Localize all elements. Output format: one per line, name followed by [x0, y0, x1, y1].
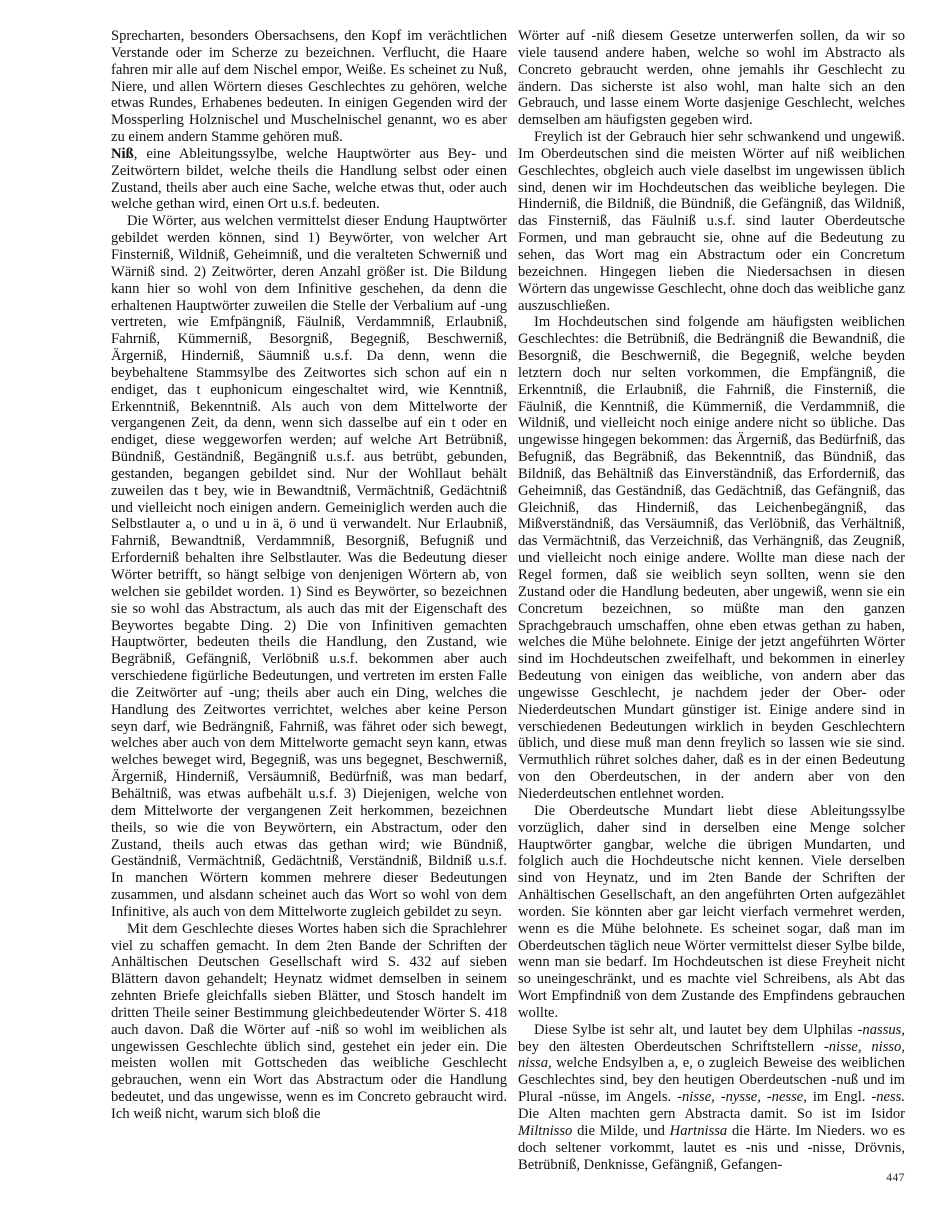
entry-headword: Niß: [111, 146, 134, 162]
text: Diese Sylbe ist sehr alt, und lautet bey…: [534, 1022, 858, 1038]
entry-niss: Niß, eine Ableitungssylbe, welche Hauptw…: [111, 146, 507, 213]
paragraph-formation: Die Wörter, aus welchen vermittelst dies…: [111, 213, 507, 920]
paragraph-gender: Mit dem Geschlechte dieses Wortes haben …: [111, 921, 507, 1123]
text: im Engl.: [807, 1089, 871, 1105]
text: Die Alten machten gern Abstracta damit. …: [518, 1106, 905, 1122]
paragraph-hochdeutsch: Im Hochdeutschen sind folgende am häufig…: [518, 314, 905, 802]
right-column: Wörter auf -niß diesem Gesetze unterwerf…: [518, 28, 905, 1173]
italic-form: -nisse, -nysse, -nesse,: [677, 1089, 807, 1105]
italic-form: Hartnissa: [670, 1123, 728, 1139]
text: die Milde, und: [572, 1123, 669, 1139]
italic-form: -nassus,: [858, 1022, 905, 1038]
paragraph-continuation: Sprecharten, besonders Obersachsens, den…: [111, 28, 507, 146]
entry-definition: , eine Ableitungssylbe, welche Hauptwört…: [111, 146, 507, 213]
italic-form: Miltnisso: [518, 1123, 572, 1139]
paragraph-usage: Freylich ist der Gebrauch hier sehr schw…: [518, 129, 905, 314]
text: bey den ältesten Oberdeutschen Schriftst…: [518, 1039, 824, 1055]
dictionary-page: Sprecharten, besonders Obersachsens, den…: [0, 0, 935, 1210]
paragraph-oberdeutsch: Die Oberdeutsche Mundart liebt diese Abl…: [518, 803, 905, 1022]
paragraph-etymology: Diese Sylbe ist sehr alt, und lautet bey…: [518, 1022, 905, 1174]
paragraph-continuation: Wörter auf -niß diesem Gesetze unterwerf…: [518, 28, 905, 129]
italic-form: -ness.: [871, 1089, 905, 1105]
left-column: Sprecharten, besonders Obersachsens, den…: [111, 28, 507, 1123]
page-number: 447: [880, 1172, 905, 1184]
